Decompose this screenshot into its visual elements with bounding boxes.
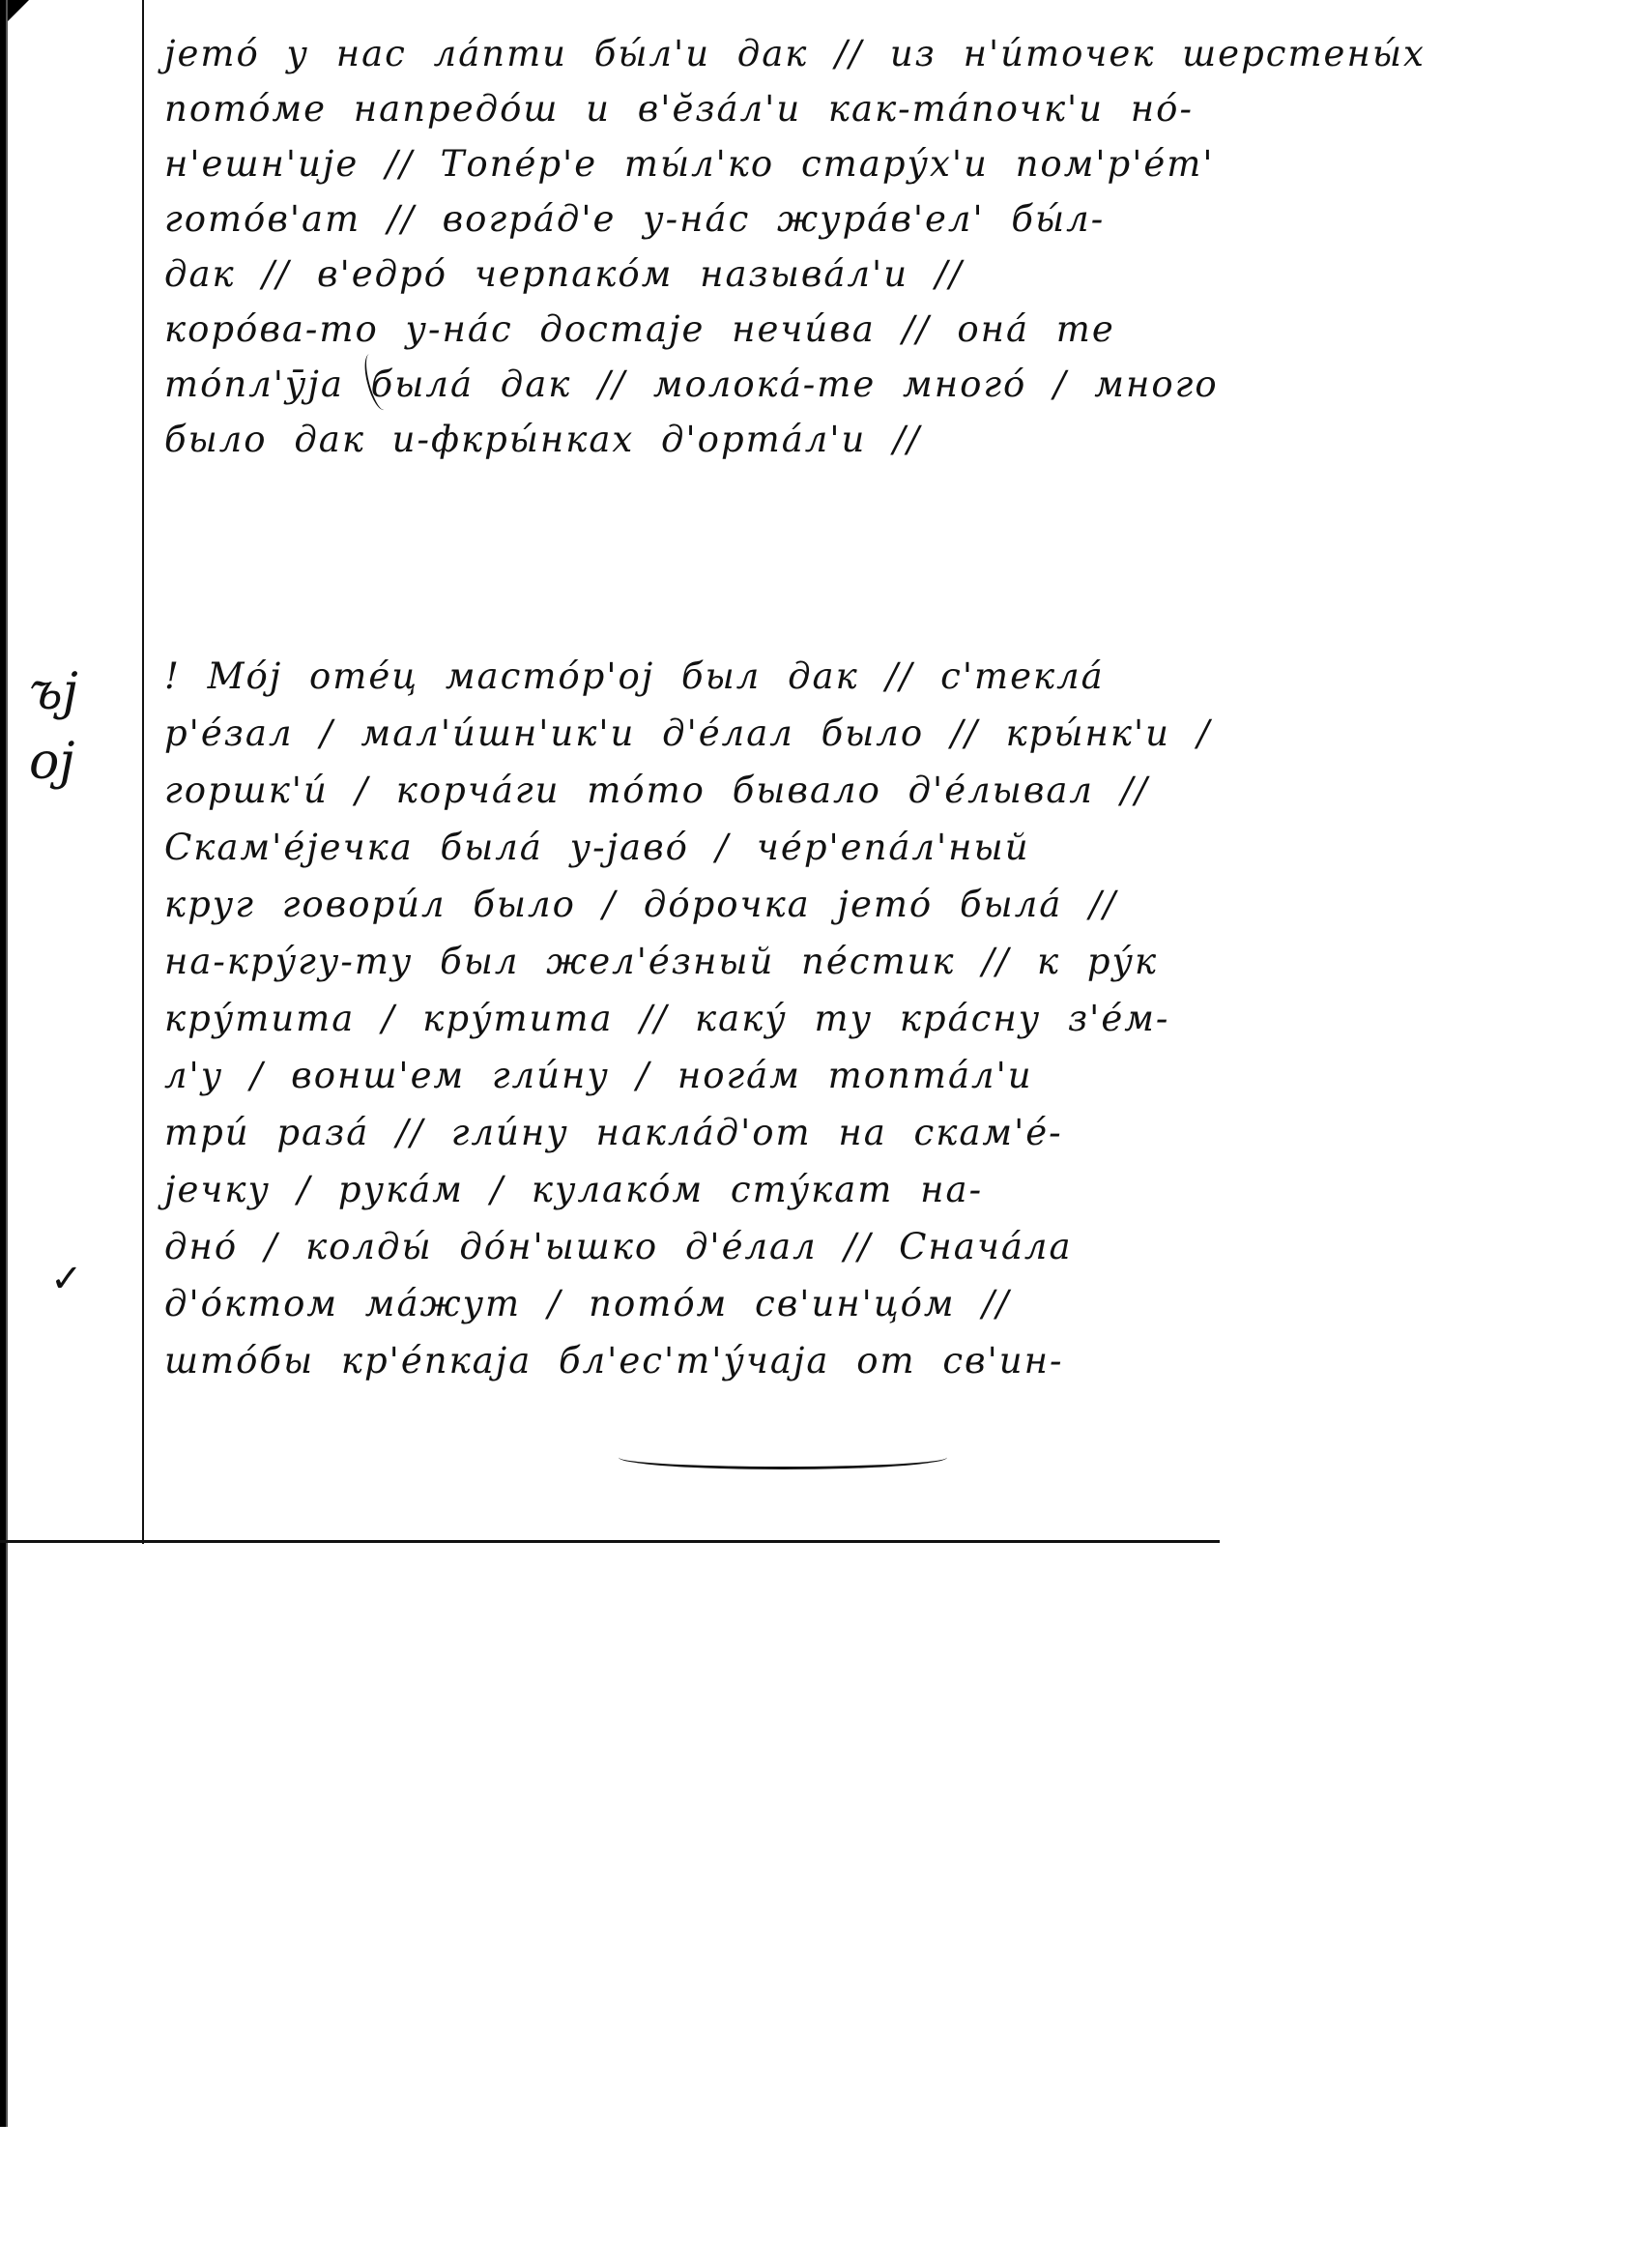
text-line: л'у / вонш'ем гли́ну / нога́м топта́л'и [164,1049,1266,1106]
text-line: дак // в'едро́ черпако́м называ́л'и // [164,247,1266,303]
margin-notes: ъj оj [29,657,126,797]
text-line: кру́тита / кру́тита // каку́ ту кра́сну … [164,992,1266,1049]
text-line: ! Мо́j оте́ц масто́р'oj был дак // с'тек… [164,650,1266,707]
paragraph-1: jето́ у нас ла́пти бы́л'и дак // из н'и́… [164,27,1266,468]
paragraph-2: ! Мо́j оте́ц масто́р'oj был дак // с'тек… [164,650,1266,1391]
checkmark-icon: ✓ [50,1257,83,1301]
text-line: jето́ у нас ла́пти бы́л'и дак // из н'и́… [164,27,1266,82]
text-line: гото́в'ат // вогра́д'е у-на́с жура́в'ел'… [164,192,1266,247]
underline-mark [619,1445,947,1469]
scan-left-edge [0,0,10,2127]
text-line: круг говори́л было / до́рочка jето́ была… [164,878,1266,935]
text-line: было дак и-фкры́нках д'орта́л'и // [164,413,1266,468]
text-line: на-кру́гу-ту был жел'е́зный пе́стик // к… [164,935,1266,992]
margin-rule [142,0,144,1544]
text-line: то́пл'ӯjа была́ дак // молока́-те много́… [164,358,1266,413]
margin-note: оj [29,727,126,797]
page-bottom-rule [0,1540,1220,1543]
text-line: три́ раза́ // гли́ну накла́д'от на скам'… [164,1106,1266,1163]
text-line: р'е́зал / мал'и́шн'ик'и д'е́лал было // … [164,707,1266,764]
text-line: пото́ме напрeдо́ш и в'ӗза́л'и как-та́поч… [164,82,1266,137]
text-line: дно́ / колды́ до́н'ышко д'е́лал // Снача… [164,1220,1266,1277]
margin-note: ъj [29,657,126,727]
text-line: што́бы кр'е́пкаjа бл'ес'т'у́чаjа от св'и… [164,1334,1266,1391]
text-line: коро́ва-то у-на́с достаjе нечи́ва // она… [164,303,1266,358]
text-line: jечку / рука́м / кулако́м сту́кат на- [164,1163,1266,1220]
text-line: д'о́ктом ма́жут / пото́м св'ин'цо́м // [164,1277,1266,1334]
text-line: горшк'и́ / корча́ги то́то бывало д'е́лыв… [164,764,1266,821]
text-line: н'ешн'иjе // Топе́р'е ты́л'ко стару́х'и … [164,137,1266,192]
text-line: Скам'е́jечка была́ у-jаво́ / че́р'епа́л'… [164,821,1266,878]
